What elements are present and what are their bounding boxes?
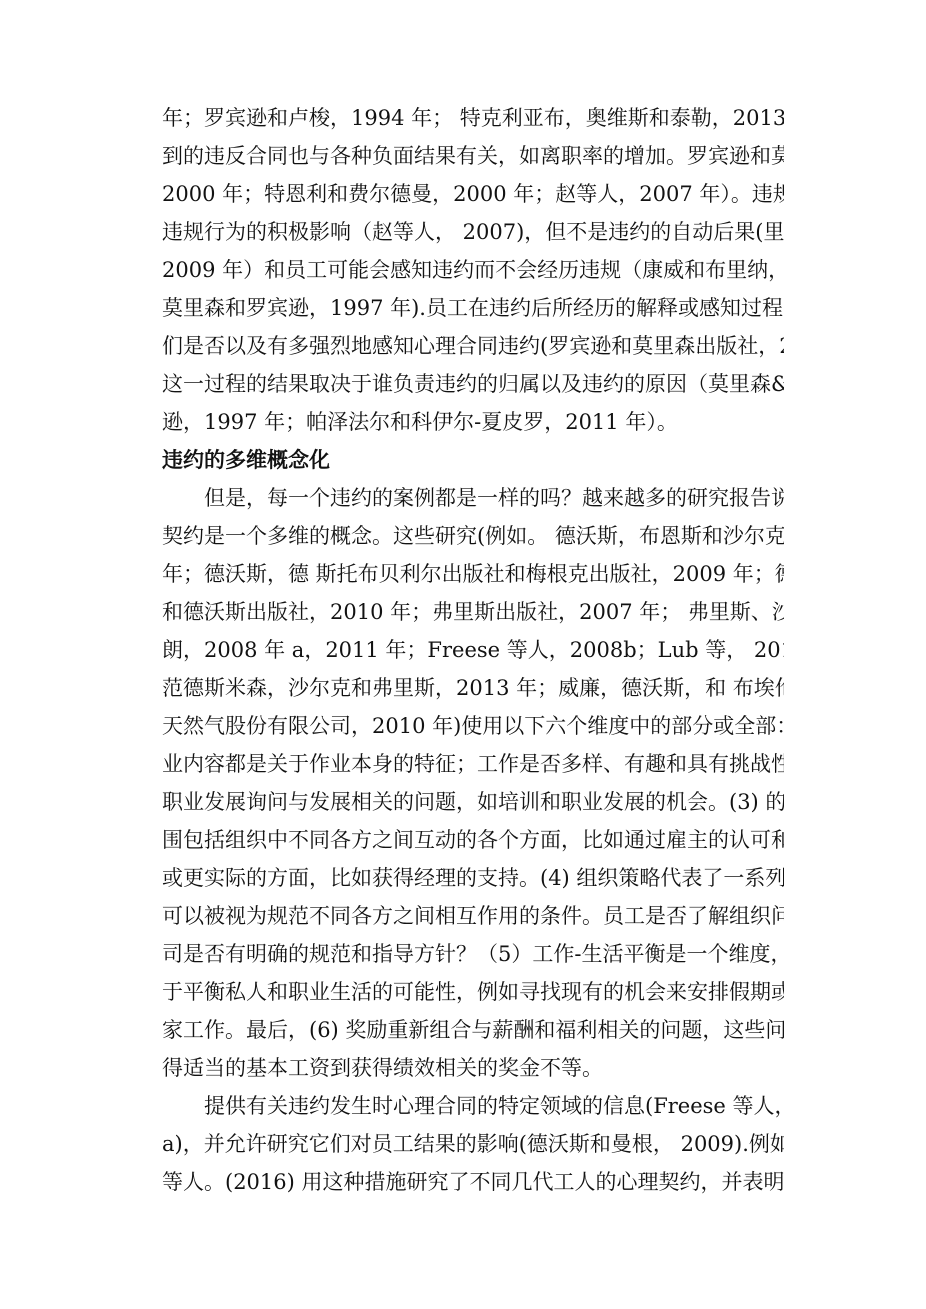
paragraph2-line: 年；德沃斯，德 斯托布贝利尔出版社和梅根克出版社，2009 年；德豪沃斯 <box>162 555 784 593</box>
paragraph2-line: 业内容都是关于作业本身的特征；工作是否多样、有趣和具有挑战性？（2） <box>162 745 784 783</box>
paragraph2-line: 天然气股份有限公司，2010 年)使用以下六个维度中的部分或全部：(1) 作 <box>162 707 784 745</box>
paragraph1-line: 们是否以及有多强烈地感知心理合同违约(罗宾逊和莫里森出版社，2000 年). <box>162 327 784 365</box>
paragraph2-line: 契约是一个多维的概念。这些研究(例如。 德沃斯，布恩斯和沙尔克，2003 <box>162 517 784 555</box>
paragraph1-line: 逊，1997 年；帕泽法尔和科伊尔-夏皮罗，2011 年）。 <box>162 403 784 441</box>
paragraph3-line: 等人。(2016) 用这种措施研究了不同几代工人的心理契约，并表明不同的 <box>162 1163 784 1201</box>
paragraph1-line: 莫里森和罗宾逊，1997 年).员工在违约后所经历的解释或感知过程决定了他 <box>162 289 784 327</box>
paragraph1-line: 年；罗宾逊和卢梭，1994 年； 特克利亚布，奥维斯和泰勒，2013 年).感知 <box>162 99 784 137</box>
paragraph3-line: 提供有关违约发生时心理合同的特定领域的信息(Freese 等人，2008 年 <box>162 1087 784 1125</box>
section-heading: 违约的多维概念化 <box>162 441 784 479</box>
paragraph2-line: 但是，每一个违约的案例都是一样的吗？越来越多的研究报告说，心理 <box>162 479 784 517</box>
paragraph2-line: 围包括组织中不同各方之间互动的各个方面，比如通过雇主的认可和认可， <box>162 821 784 859</box>
paragraph1-line: 2009 年）和员工可能会感知违约而不会经历违规（康威和布里纳，2002 年； <box>162 251 784 289</box>
paragraph2-line: 得适当的基本工资到获得绩效相关的奖金不等。 <box>162 1049 784 1087</box>
paragraph3-line: a)，并允许研究它们对员工结果的影响(德沃斯和曼根， 2009).例如，Lub <box>162 1125 784 1163</box>
paragraph2-line: 范德斯米森，沙尔克和弗里斯，2013 年；威廉，德沃斯，和 布埃伦斯石油 <box>162 669 784 707</box>
paragraph2-line: 朗，2008 年 a，2011 年；Freese 等人，2008b；Lub 等，… <box>162 631 784 669</box>
paragraph2-line: 可以被视为规范不同各方之间相互作用的条件。员工是否了解组织问题，公 <box>162 897 784 935</box>
paragraph2-line: 司是否有明确的规范和指导方针？（5）工作-生活平衡是一个维度，它专注 <box>162 935 784 973</box>
paragraph1-line: 违规行为的积极影响（赵等人， 2007)，但不是违约的自动后果(里戈蒂， <box>162 213 784 251</box>
paragraph1-line: 2000 年；特恩利和费尔德曼，2000 年；赵等人，2007 年）。违规行为会… <box>162 175 784 213</box>
paragraph2-line: 或更实际的方面，比如获得经理的支持。(4) 组织策略代表了一系列问题， <box>162 859 784 897</box>
paragraph2-line: 职业发展询问与发展相关的问题，如培训和职业发展的机会。(3) 的社会氛 <box>162 783 784 821</box>
paragraph2-line: 于平衡私人和职业生活的可能性，例如寻找现有的机会来安排假期或能够在 <box>162 973 784 1011</box>
text-block: 年；罗宾逊和卢梭，1994 年； 特克利亚布，奥维斯和泰勒，2013 年).感知… <box>162 99 784 1201</box>
paragraph2-line: 和德沃斯出版社，2010 年；弗里斯出版社，2007 年； 弗里斯、沙尔克和克 <box>162 593 784 631</box>
paragraph2-line: 家工作。最后，(6) 奖励重新组合与薪酬和福利相关的问题，这些问题从获 <box>162 1011 784 1049</box>
document-page: 年；罗宾逊和卢梭，1994 年； 特克利亚布，奥维斯和泰勒，2013 年).感知… <box>0 0 926 1309</box>
paragraph1-line: 到的违反合同也与各种负面结果有关，如离职率的增加。罗宾逊和莫里森， <box>162 137 784 175</box>
paragraph1-line: 这一过程的结果取决于谁负责违约的归属以及违约的原因（莫里森& 罗宾 <box>162 365 784 403</box>
